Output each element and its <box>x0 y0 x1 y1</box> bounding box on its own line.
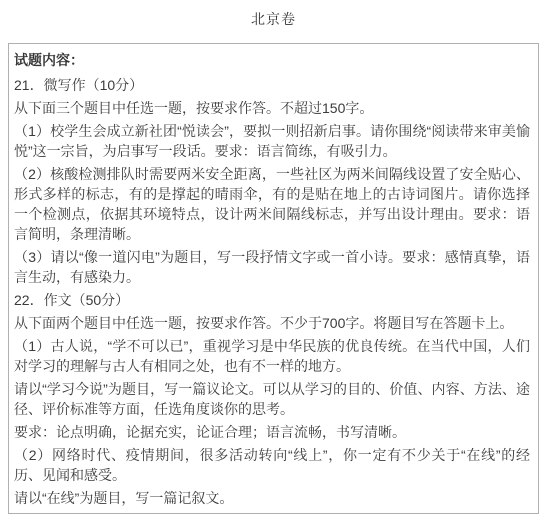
content-heading: 试题内容： <box>14 50 530 71</box>
question-paragraph: （1）古人说，“学不可以已”，重视学习是中华民族的优良传统。在当代中国，人们对学… <box>14 336 530 376</box>
question-paragraph: （3）请以“像一道闪电”为题目，写一段抒情文字或一首小诗。要求：感情真挚，语言生… <box>14 247 530 287</box>
question-paragraph: 请以“在线”为题目，写一篇记叙文。 <box>14 488 530 508</box>
question-paragraph: 22．作文（50分） <box>14 290 530 310</box>
question-paragraph: 请以“学习今说”为题目，写一篇议论文。可以从学习的目的、价值、内容、方法、途径、… <box>14 379 530 419</box>
question-paragraph: 从下面两个题目中任选一题，按要求作答。不少于700字。将题目写在答题卡上。 <box>14 313 530 333</box>
exam-page: 北京卷 试题内容： 21．微写作（10分） 从下面三个题目中任选一题，按要求作答… <box>0 0 547 524</box>
question-paragraph: 21．微写作（10分） <box>14 75 530 95</box>
question-paragraph: 要求：论点明确，论据充实，论证合理；语言流畅，书写清晰。 <box>14 422 530 442</box>
question-paragraph: 要求：思想健康；内容合理、充实，有细节描写；语言流畅，书写清晰。 <box>14 511 530 514</box>
question-paragraph: （2）网络时代、疫情期间，很多活动转向“线上”，你一定有不少关于“在线”的经历、… <box>14 445 530 485</box>
question-paragraph: （2）核酸检测排队时需要两米安全距离，一些社区为两米间隔线设置了安全贴心、形式多… <box>14 164 530 244</box>
question-paragraph: （1）校学生会成立新社团“悦读会”，要拟一则招新启事。请你围绕“阅读带来审美愉悦… <box>14 121 530 161</box>
question-content-box: 试题内容： 21．微写作（10分） 从下面三个题目中任选一题，按要求作答。不超过… <box>8 43 539 514</box>
question-paragraph: 从下面三个题目中任选一题，按要求作答。不超过150字。 <box>14 98 530 118</box>
page-title: 北京卷 <box>0 0 547 28</box>
